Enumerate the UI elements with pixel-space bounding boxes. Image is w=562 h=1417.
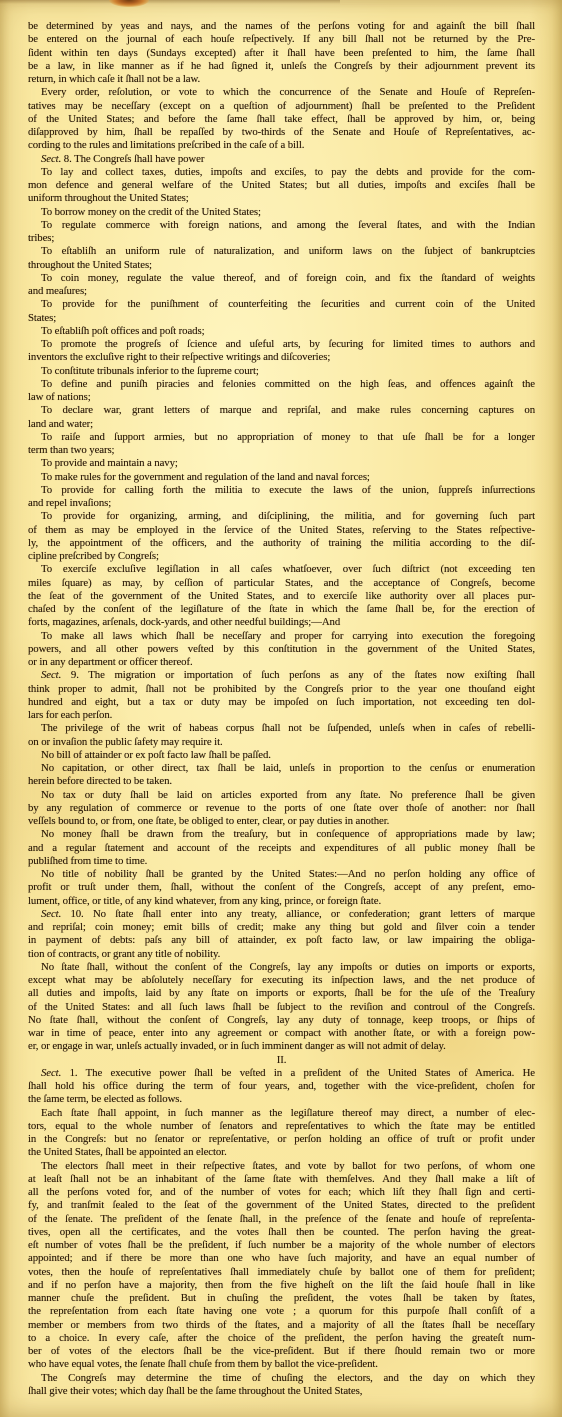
text-line: ſident within ten days (Sundays excepted…	[28, 47, 535, 60]
section-heading-line: Sect. 8. The Congreſs ſhall have power	[28, 153, 535, 166]
text-line: appointed; and if there be more than one…	[28, 1252, 535, 1265]
text-line: No title of nobility ſhall be granted by…	[28, 868, 535, 881]
text-line: except what may be abſolutely neceſſary …	[28, 974, 535, 987]
text-line: publiſhed from time to time.	[28, 855, 535, 868]
text-line: tatives may be neceſſary (except on a qu…	[28, 100, 535, 113]
text-line: eſt number of votes ſhall be the preſide…	[28, 1239, 535, 1252]
text-line: No tax or duty ſhall be laid on articles…	[28, 789, 535, 802]
text-line: To lay and collect taxes, duties, impoſt…	[28, 166, 535, 179]
document-text: be determined by yeas and nays, and the …	[28, 20, 535, 1398]
text-line: To borrow money on the credit of the Uni…	[28, 206, 535, 219]
text-line: in the Congreſs: but no ſenator or repre…	[28, 1133, 535, 1146]
text-line: hundred and eight, but a tax or duty may…	[28, 696, 535, 709]
text-line: diſapproved by him, ſhall be repaſſed by…	[28, 126, 535, 139]
text-line: and repriſal; coin money; emit bills of …	[28, 921, 535, 934]
text-line: the United States, ſhall be appointed an…	[28, 1146, 535, 1159]
text-line: To promote the progreſs of ſcience and u…	[28, 338, 535, 351]
text-line: The electors ſhall meet in their reſpect…	[28, 1160, 535, 1173]
text-line: er, or engage in war, unleſs actually in…	[28, 1040, 535, 1053]
text-line: inventors the excluſive right to their r…	[28, 351, 535, 364]
text-line: term than two years;	[28, 444, 535, 457]
text-line: States;	[28, 312, 535, 325]
scan-top-edge-shadow	[0, 0, 340, 4]
text-line: To declare war, grant letters of marque …	[28, 404, 535, 417]
text-line: chaſed by the conſent of the legiſlature…	[28, 603, 535, 616]
text-line: on or invaſion the public ſafety may req…	[28, 736, 535, 749]
text-line: To provide for the puniſhment of counter…	[28, 298, 535, 311]
scanned-document-page: be determined by yeas and nays, and the …	[0, 0, 562, 1417]
text-line: To eſtabliſh poſt offices and poſt roads…	[28, 325, 535, 338]
text-line: and meaſures;	[28, 285, 535, 298]
text-line: member or members from two thirds of the…	[28, 1319, 535, 1332]
text-line: land and water;	[28, 418, 535, 431]
text-line: tors, equal to the whole number of ſenat…	[28, 1120, 535, 1133]
text-line: No ſtate ſhall, without the conſent of t…	[28, 961, 535, 974]
red-ink-ornament-cut	[109, 0, 149, 7]
text-line: all the perſons voted for, and of the nu…	[28, 1186, 535, 1199]
section-label: Sect.	[41, 669, 61, 681]
text-line: To make all laws which ſhall be neceſſar…	[28, 630, 535, 643]
text-line: To eſtabliſh an uniform rule of naturali…	[28, 245, 535, 258]
text-line: tion of contracts, or grant any title of…	[28, 948, 535, 961]
text-line: To regulate commerce with foreign nation…	[28, 219, 535, 232]
text-line: To provide for organizing, arming, and d…	[28, 510, 535, 523]
text-line: all duties and impoſts, laid by any ſtat…	[28, 987, 535, 1000]
text-line: veſſels bound to, or from, one ſtate, be…	[28, 815, 535, 828]
text-line: of the United States; and before the ſam…	[28, 113, 535, 126]
text-line: the repreſentation from each ſtate havin…	[28, 1305, 535, 1318]
text-line: be a law, in like manner as if he had ſi…	[28, 60, 535, 73]
text-line: lars for each perſon.	[28, 709, 535, 722]
text-line: miles ſquare) as may, by ceſſion of part…	[28, 577, 535, 590]
text-line: throughout the United States;	[28, 259, 535, 272]
text-line: No money ſhall be drawn from the treaſur…	[28, 828, 535, 841]
text-line: and a regular ſtatement and account of t…	[28, 842, 535, 855]
text-line: ber of votes of the electors ſhall be th…	[28, 1345, 535, 1358]
text-line: ly, the appointment of the officers, and…	[28, 537, 535, 550]
text-line: The Congreſs may determine the time of c…	[28, 1372, 535, 1385]
text-line: at leaſt ſhall not be an inhabitant of t…	[28, 1173, 535, 1186]
text-line: the ſame term, be elected as follows.	[28, 1093, 535, 1106]
text-line: To exerciſe excluſive legiſlation in all…	[28, 563, 535, 576]
text-line: think proper to admit, ſhall not be proh…	[28, 683, 535, 696]
text-line: uniform throughout the United States;	[28, 192, 535, 205]
text-line: be entered on the journal of each houſe …	[28, 33, 535, 46]
text-line: to a choice. In every caſe, after the ch…	[28, 1332, 535, 1345]
text-line: cording to the rules and limitations pre…	[28, 139, 535, 152]
text-line: the ſeat of the government of the United…	[28, 590, 535, 603]
text-line: fy, and tranſmit ſealed to the ſeat of t…	[28, 1199, 535, 1212]
text-line: To define and puniſh piracies and feloni…	[28, 378, 535, 391]
text-line: Each ſtate ſhall appoint, in ſuch manner…	[28, 1107, 535, 1120]
section-label: Sect.	[41, 908, 61, 920]
text-line: To raiſe and ſupport armies, but no appr…	[28, 431, 535, 444]
text-line: ſhall give their votes; which day ſhall …	[28, 1385, 535, 1398]
text-line: votes, then the houſe of repreſentatives…	[28, 1266, 535, 1279]
text-line: To conſtitute tribunals inferior to the …	[28, 365, 535, 378]
text-line: or in any department or officer thereof.	[28, 656, 535, 669]
text-line: who have equal votes, the ſenate ſhall c…	[28, 1358, 535, 1371]
text-line: manner chuſe the preſident. But in chuſi…	[28, 1292, 535, 1305]
article-numeral-line: II.	[28, 1054, 535, 1067]
text-line: To provide and maintain a navy;	[28, 457, 535, 470]
text-line: in payment of debts: paſs any bill of at…	[28, 934, 535, 947]
section-heading-line: Sect. 9. The migration or importation of…	[28, 669, 535, 682]
text-line: law of nations;	[28, 391, 535, 404]
section-heading-line: Sect. 10. No ſtate ſhall enter into any …	[28, 908, 535, 921]
text-line: be determined by yeas and nays, and the …	[28, 20, 535, 33]
text-line: profit or truſt under them, ſhall, witho…	[28, 881, 535, 894]
text-line: of the ſenate. The preſident of the ſena…	[28, 1213, 535, 1226]
text-line: tives, open all the certificates, and th…	[28, 1226, 535, 1239]
text-line: and if no perſon have a majority, then f…	[28, 1279, 535, 1292]
text-line: by any regulation of commerce or revenue…	[28, 802, 535, 815]
text-line: No bill of attainder or ex poſt facto la…	[28, 749, 535, 762]
text-line: herein before directed to be taken.	[28, 775, 535, 788]
text-line: tribes;	[28, 232, 535, 245]
text-line: No ſtate ſhall, without the conſent of C…	[28, 1014, 535, 1027]
text-line: lument, office, or title, of any kind wh…	[28, 895, 535, 908]
text-line: The privilege of the writ of habeas corp…	[28, 722, 535, 735]
text-line: To provide for calling forth the militia…	[28, 484, 535, 497]
text-line: of the United States: and all ſuch laws …	[28, 1001, 535, 1014]
text-line: forts, magazines, arſenals, dock-yards, …	[28, 616, 535, 629]
section-label: Sect.	[41, 153, 61, 165]
text-line: Every order, reſolution, or vote to whic…	[28, 86, 535, 99]
section-heading-line: Sect. 1. The executive power ſhall be ve…	[28, 1067, 535, 1080]
text-line: of them as may be employed in the ſervic…	[28, 524, 535, 537]
text-line: No capitation, or other direct, tax ſhal…	[28, 762, 535, 775]
text-line: and repel invaſions;	[28, 497, 535, 510]
text-line: To make rules for the government and reg…	[28, 471, 535, 484]
text-line: powers, and all other powers veſted by t…	[28, 643, 535, 656]
text-line: mon defence and general welfare of the U…	[28, 179, 535, 192]
text-line: ſhall hold his office during the term of…	[28, 1080, 535, 1093]
text-line: war in time of peace, enter into any agr…	[28, 1027, 535, 1040]
text-line: cipline preſcribed by Congreſs;	[28, 550, 535, 563]
text-line: return, in which caſe it ſhall not be a …	[28, 73, 535, 86]
section-label: Sect.	[41, 1067, 61, 1079]
text-line: To coin money, regulate the value thereo…	[28, 272, 535, 285]
